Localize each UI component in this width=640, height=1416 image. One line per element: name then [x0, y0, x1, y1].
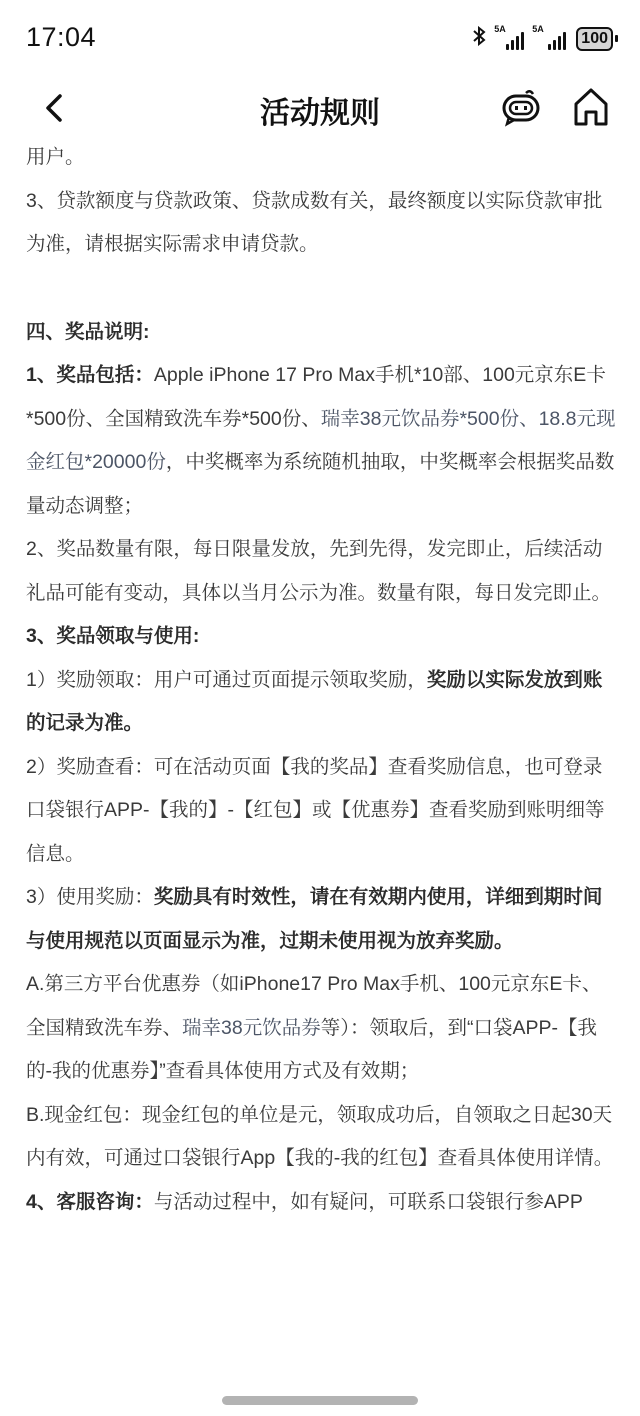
cash-b-rule: B.现金红包：现金红包的单位是元，领取成功后，自领取之日起30天内有效，可通过口… — [26, 1094, 616, 1181]
assistant-button[interactable] — [500, 86, 542, 128]
back-button[interactable] — [36, 88, 72, 128]
signal-2-icon: 5A — [532, 28, 568, 50]
signal-1-icon: 5A — [494, 28, 524, 50]
prize-2: 2、奖品数量有限，每日限量发放，先到先得，发完即止，后续活动礼品可能有变动，具体… — [26, 528, 616, 615]
robot-chat-icon — [500, 86, 542, 128]
battery-icon: 100 — [576, 27, 613, 51]
status-time: 17:04 — [26, 22, 96, 53]
home-indicator[interactable] — [222, 1396, 418, 1405]
claim-rule: 1）奖励领取：用户可通过页面提示领取奖励，奖励以实际发放到账的记录为准。 — [26, 659, 616, 746]
prize-3-title: 3、奖品领取与使用: — [26, 615, 616, 659]
status-bar: 17:04 5A 5A 100 — [0, 0, 640, 80]
battery-tip — [615, 35, 618, 42]
status-icons: 5A 5A 100 — [472, 26, 618, 51]
page-title: 活动规则 — [0, 88, 640, 132]
coupon-a-rule: A.第三方平台优惠券（如iPhone17 Pro Max手机、100元京东E卡、… — [26, 963, 616, 1094]
home-icon — [572, 86, 610, 128]
nav-bar: 活动规则 — [0, 80, 640, 136]
prize-1: 1、奖品包括：Apple iPhone 17 Pro Max手机*10部、100… — [26, 354, 616, 528]
view-rule: 2）奖励查看：可在活动页面【我的奖品】查看奖励信息，也可登录口袋银行APP-【我… — [26, 746, 616, 877]
rule-3: 3、贷款额度与贷款政策、贷款成数有关，最终额度以实际贷款审批为准，请根据实际需求… — [26, 180, 616, 267]
bluetooth-icon — [472, 26, 486, 51]
section-4-title: 四、奖品说明: — [26, 311, 616, 355]
chevron-left-icon — [42, 92, 66, 124]
rules-content: 用户。 3、贷款额度与贷款政策、贷款成数有关，最终额度以实际贷款审批为准，请根据… — [26, 136, 616, 1224]
use-rule: 3）使用奖励：奖励具有时效性，请在有效期内使用，详细到期时间与使用规范以页面显示… — [26, 876, 616, 963]
service-rule: 4、客服咨询：与活动过程中，如有疑问，可联系口袋银行参APP — [26, 1181, 616, 1225]
spacer — [26, 267, 616, 311]
prev-rule-tail: 用户。 — [26, 136, 616, 180]
home-button[interactable] — [572, 86, 610, 128]
